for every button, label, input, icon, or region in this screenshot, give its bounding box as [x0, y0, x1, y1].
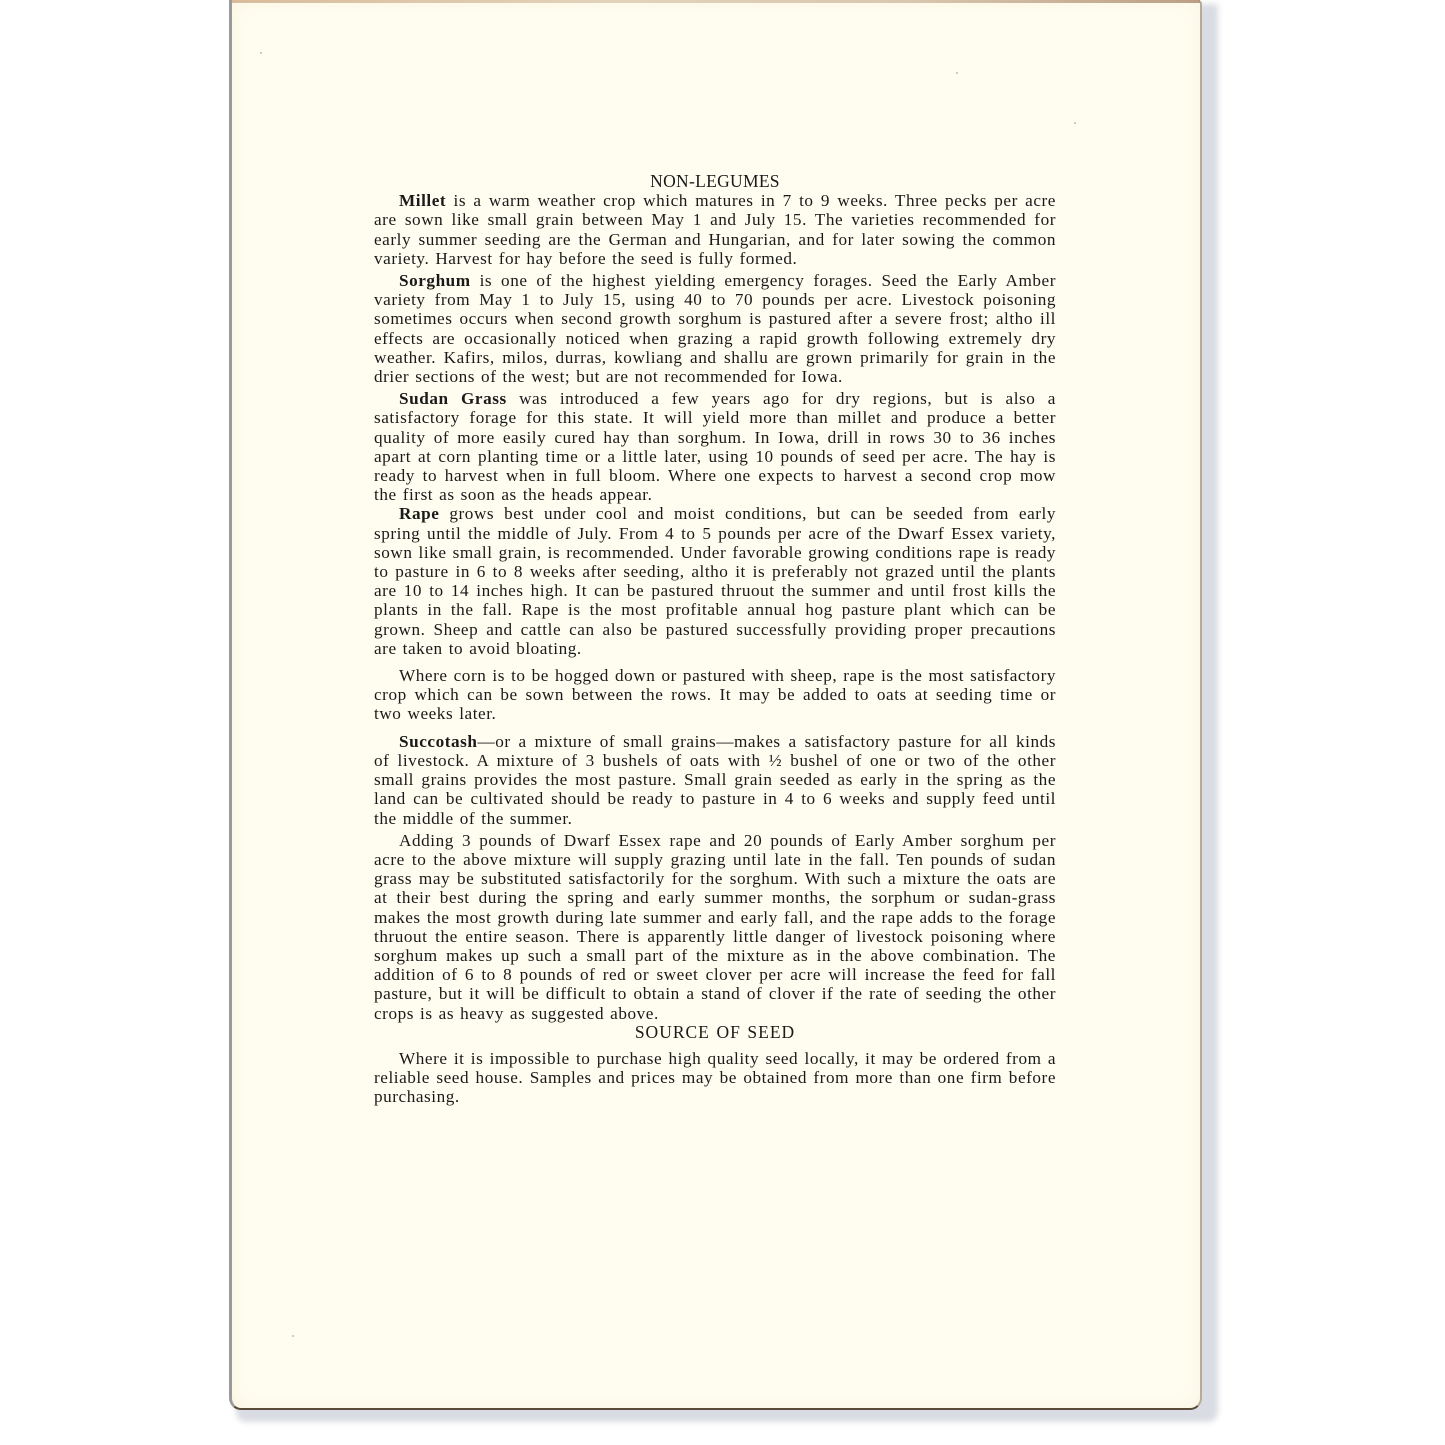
- paragraph-text: is a warm weather crop which matures in …: [374, 191, 1056, 268]
- paper-speck: [1074, 122, 1076, 124]
- paragraph-source-of-seed: Where it is impossible to purchase high …: [374, 1049, 1056, 1107]
- paragraph-mixture: Adding 3 pounds of Dwarf Essex rape and …: [374, 831, 1056, 1023]
- paper-speck: [260, 52, 262, 54]
- paragraph-text: grows best under cool and moist conditio…: [374, 504, 1056, 657]
- paragraph-sorghum: Sorghum is one of the highest yielding e…: [374, 271, 1056, 386]
- lead-term: Rape: [399, 504, 439, 523]
- lead-term: Sorghum: [399, 271, 471, 290]
- paragraph-succotash: Succotash—or a mixture of small grains—m…: [374, 732, 1056, 828]
- paragraph-sudan-grass: Sudan Grass was introduced a few years a…: [374, 389, 1056, 504]
- paragraph-corn-rape: Where corn is to be hogged down or pastu…: [374, 666, 1056, 724]
- paragraph-text: —or a mixture of small grains—makes a sa…: [374, 732, 1056, 828]
- paper-speck: [956, 72, 958, 74]
- text-column: NON-LEGUMES Millet is a warm weather cro…: [374, 172, 1056, 1107]
- document-page: NON-LEGUMES Millet is a warm weather cro…: [229, 0, 1202, 1410]
- lead-term: Sudan Grass: [399, 389, 507, 408]
- paragraph-text: Where corn is to be hogged down or pastu…: [374, 666, 1056, 723]
- section-heading-non-legumes: NON-LEGUMES: [374, 172, 1056, 191]
- section-heading-source-of-seed: SOURCE OF SEED: [374, 1023, 1056, 1042]
- lead-term: Succotash: [399, 732, 477, 751]
- paragraph-text: Adding 3 pounds of Dwarf Essex rape and …: [374, 831, 1056, 1023]
- paragraph-rape: Rape grows best under cool and moist con…: [374, 504, 1056, 658]
- paper-speck: [292, 1335, 294, 1337]
- paragraph-text: Where it is impossible to purchase high …: [374, 1049, 1056, 1106]
- paragraph-millet: Millet is a warm weather crop which matu…: [374, 191, 1056, 268]
- lead-term: Millet: [399, 191, 446, 210]
- paragraph-text: is one of the highest yielding emergency…: [374, 271, 1056, 386]
